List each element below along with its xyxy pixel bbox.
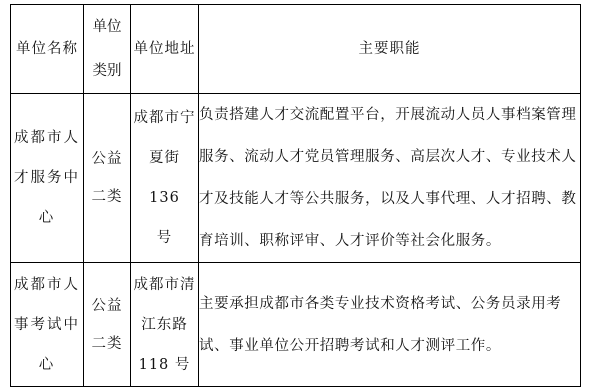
- unit-address-cell: 成都市宁 夏街 136 号: [131, 94, 199, 263]
- header-unit-category: 单位 类别: [84, 5, 131, 94]
- unit-address-line: 夏街 136: [131, 138, 198, 218]
- unit-address-line: 号: [131, 218, 198, 258]
- unit-category-line: 二类: [84, 178, 130, 216]
- unit-name-line: 成都市人: [11, 118, 83, 158]
- unit-address-line: 成都市宁: [131, 98, 198, 138]
- unit-name-cell: 成都市人 才服务中 心: [11, 94, 84, 263]
- unit-category-cell: 公益 二类: [84, 94, 131, 263]
- unit-name-line: 才服务中: [11, 158, 83, 198]
- unit-duties-cell: 负责搭建人才交流配置平台，开展流动人员人事档案管理服务、流动人才党员管理服务、高…: [199, 94, 581, 263]
- header-category-line2: 类别: [84, 49, 130, 93]
- unit-name-line: 心: [11, 345, 83, 385]
- unit-category-line: 二类: [84, 325, 130, 363]
- unit-address-line: 成都市清: [131, 265, 198, 305]
- header-unit-name: 单位名称: [11, 5, 84, 94]
- unit-name-cell: 成都市人 事考试中 心: [11, 263, 84, 387]
- table-row: 成都市人 才服务中 心 公益 二类 成都市宁 夏街 136 号 负责搭建人才交流…: [11, 94, 581, 263]
- table-row: 成都市人 事考试中 心 公益 二类 成都市清 江东路 118 号 主要承担成都市…: [11, 263, 581, 387]
- unit-category-line: 公益: [84, 140, 130, 178]
- header-unit-address: 单位地址: [131, 5, 199, 94]
- unit-address-line: 江东路: [131, 305, 198, 345]
- unit-address-cell: 成都市清 江东路 118 号: [131, 263, 199, 387]
- unit-category-line: 公益: [84, 287, 130, 325]
- unit-category-cell: 公益 二类: [84, 263, 131, 387]
- unit-name-line: 成都市人: [11, 265, 83, 305]
- header-main-duties: 主要职能: [199, 5, 581, 94]
- unit-duties-cell: 主要承担成都市各类专业技术资格考试、公务员录用考试、事业单位公开招聘考试和人才测…: [199, 263, 581, 387]
- unit-name-line: 事考试中: [11, 305, 83, 345]
- table-header-row: 单位名称 单位 类别 单位地址 主要职能: [11, 5, 581, 94]
- unit-address-line: 118 号: [131, 345, 198, 385]
- unit-info-table: 单位名称 单位 类别 单位地址 主要职能 成都市人 才服务中 心 公益 二类 成…: [10, 4, 581, 387]
- header-category-line1: 单位: [84, 5, 130, 49]
- unit-name-line: 心: [11, 198, 83, 238]
